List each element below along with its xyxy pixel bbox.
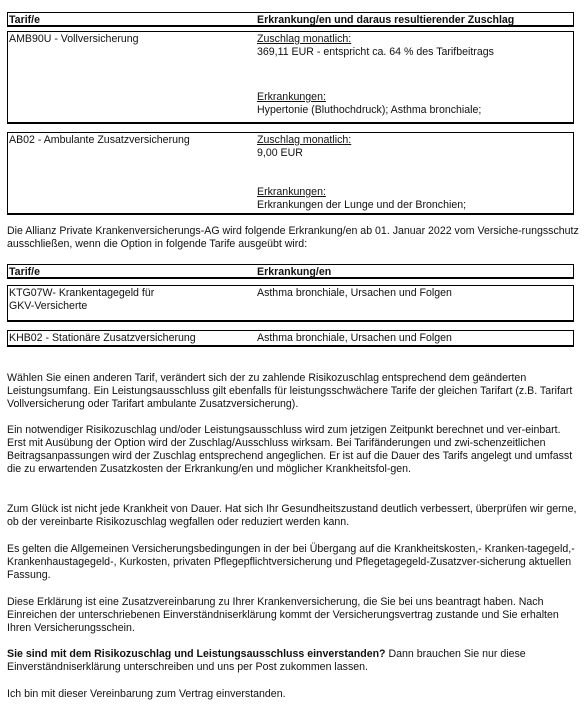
zuschlag-value: 9,00 EUR [257,147,567,160]
zuschlag-block: Zuschlag monatlich: 369,11 EUR - entspri… [257,33,567,117]
erkrankung: Asthma bronchiale, Ursachen und Folgen [257,287,567,300]
table1-header-tarif: Tarif/e [9,14,249,27]
consent-question-bold: Sie sind mit dem Risikozuschlag und Leis… [7,648,386,660]
tarif-name: AB02 - Ambulante Zusatzversicherung [9,134,249,147]
table1-header: Tarif/e Erkrankung/en und daraus resulti… [7,12,574,27]
erkrankungen-value: Hypertonie (Bluthochdruck); Asthma bronc… [257,104,567,117]
paragraph-health-improvement: Zum Glück ist nicht jede Krankheit von D… [7,503,579,529]
erkrankungen-label: Erkrankungen: [257,186,567,199]
tarif-name: AMB90U - Vollversicherung [9,33,249,46]
table1-row: AMB90U - Vollversicherung Zuschlag monat… [7,31,574,124]
tarif-name: KHB02 - Stationäre Zusatzversicherung [9,332,249,345]
paragraph-agreement: Ich bin mit dieser Vereinbarung zum Vert… [7,688,579,701]
table1-header-erkrankung: Erkrankung/en und daraus resultierender … [257,14,567,27]
table2-header-tarif: Tarif/e [9,266,249,279]
zuschlag-block: Zuschlag monatlich: 9,00 EUR Erkrankunge… [257,134,567,212]
table1-row: AB02 - Ambulante Zusatzversicherung Zusc… [7,132,574,215]
table2-row: KTG07W- Krankentagegeld für GKV-Versiche… [7,285,574,322]
zuschlag-label: Zuschlag monatlich: [257,134,567,147]
paragraph-tarif-change: Wählen Sie einen anderen Tarif, veränder… [7,372,579,411]
table2-header: Tarif/e Erkrankung/en [7,264,574,279]
tarif-name-line1: KTG07W- Krankentagegeld für [9,287,249,300]
tarif-name: KTG07W- Krankentagegeld für GKV-Versiche… [9,287,249,313]
table2-row: KHB02 - Stationäre Zusatzversicherung As… [7,330,574,347]
paragraph-conditions: Es gelten die Allgemeinen Versicherungsb… [7,543,579,582]
zuschlag-value: 369,11 EUR - entspricht ca. 64 % des Tar… [257,46,567,59]
erkrankung: Asthma bronchiale, Ursachen und Folgen [257,332,567,345]
exclusion-intro: Die Allianz Private Krankenversicherungs… [7,225,579,251]
erkrankungen-label: Erkrankungen: [257,91,567,104]
table2-header-erkrankung: Erkrankung/en [257,266,567,279]
erkrankungen-value: Erkrankungen der Lunge und der Bronchien… [257,199,567,212]
zuschlag-label: Zuschlag monatlich: [257,33,567,46]
tarif-name-line2: GKV-Versicherte [9,300,249,313]
paragraph-calculation: Ein notwendiger Risikozuschlag und/oder … [7,424,579,476]
paragraph-consent-question: Sie sind mit dem Risikozuschlag und Leis… [7,648,579,674]
paragraph-additional-agreement: Diese Erklärung ist eine Zusatzvereinbar… [7,596,579,635]
